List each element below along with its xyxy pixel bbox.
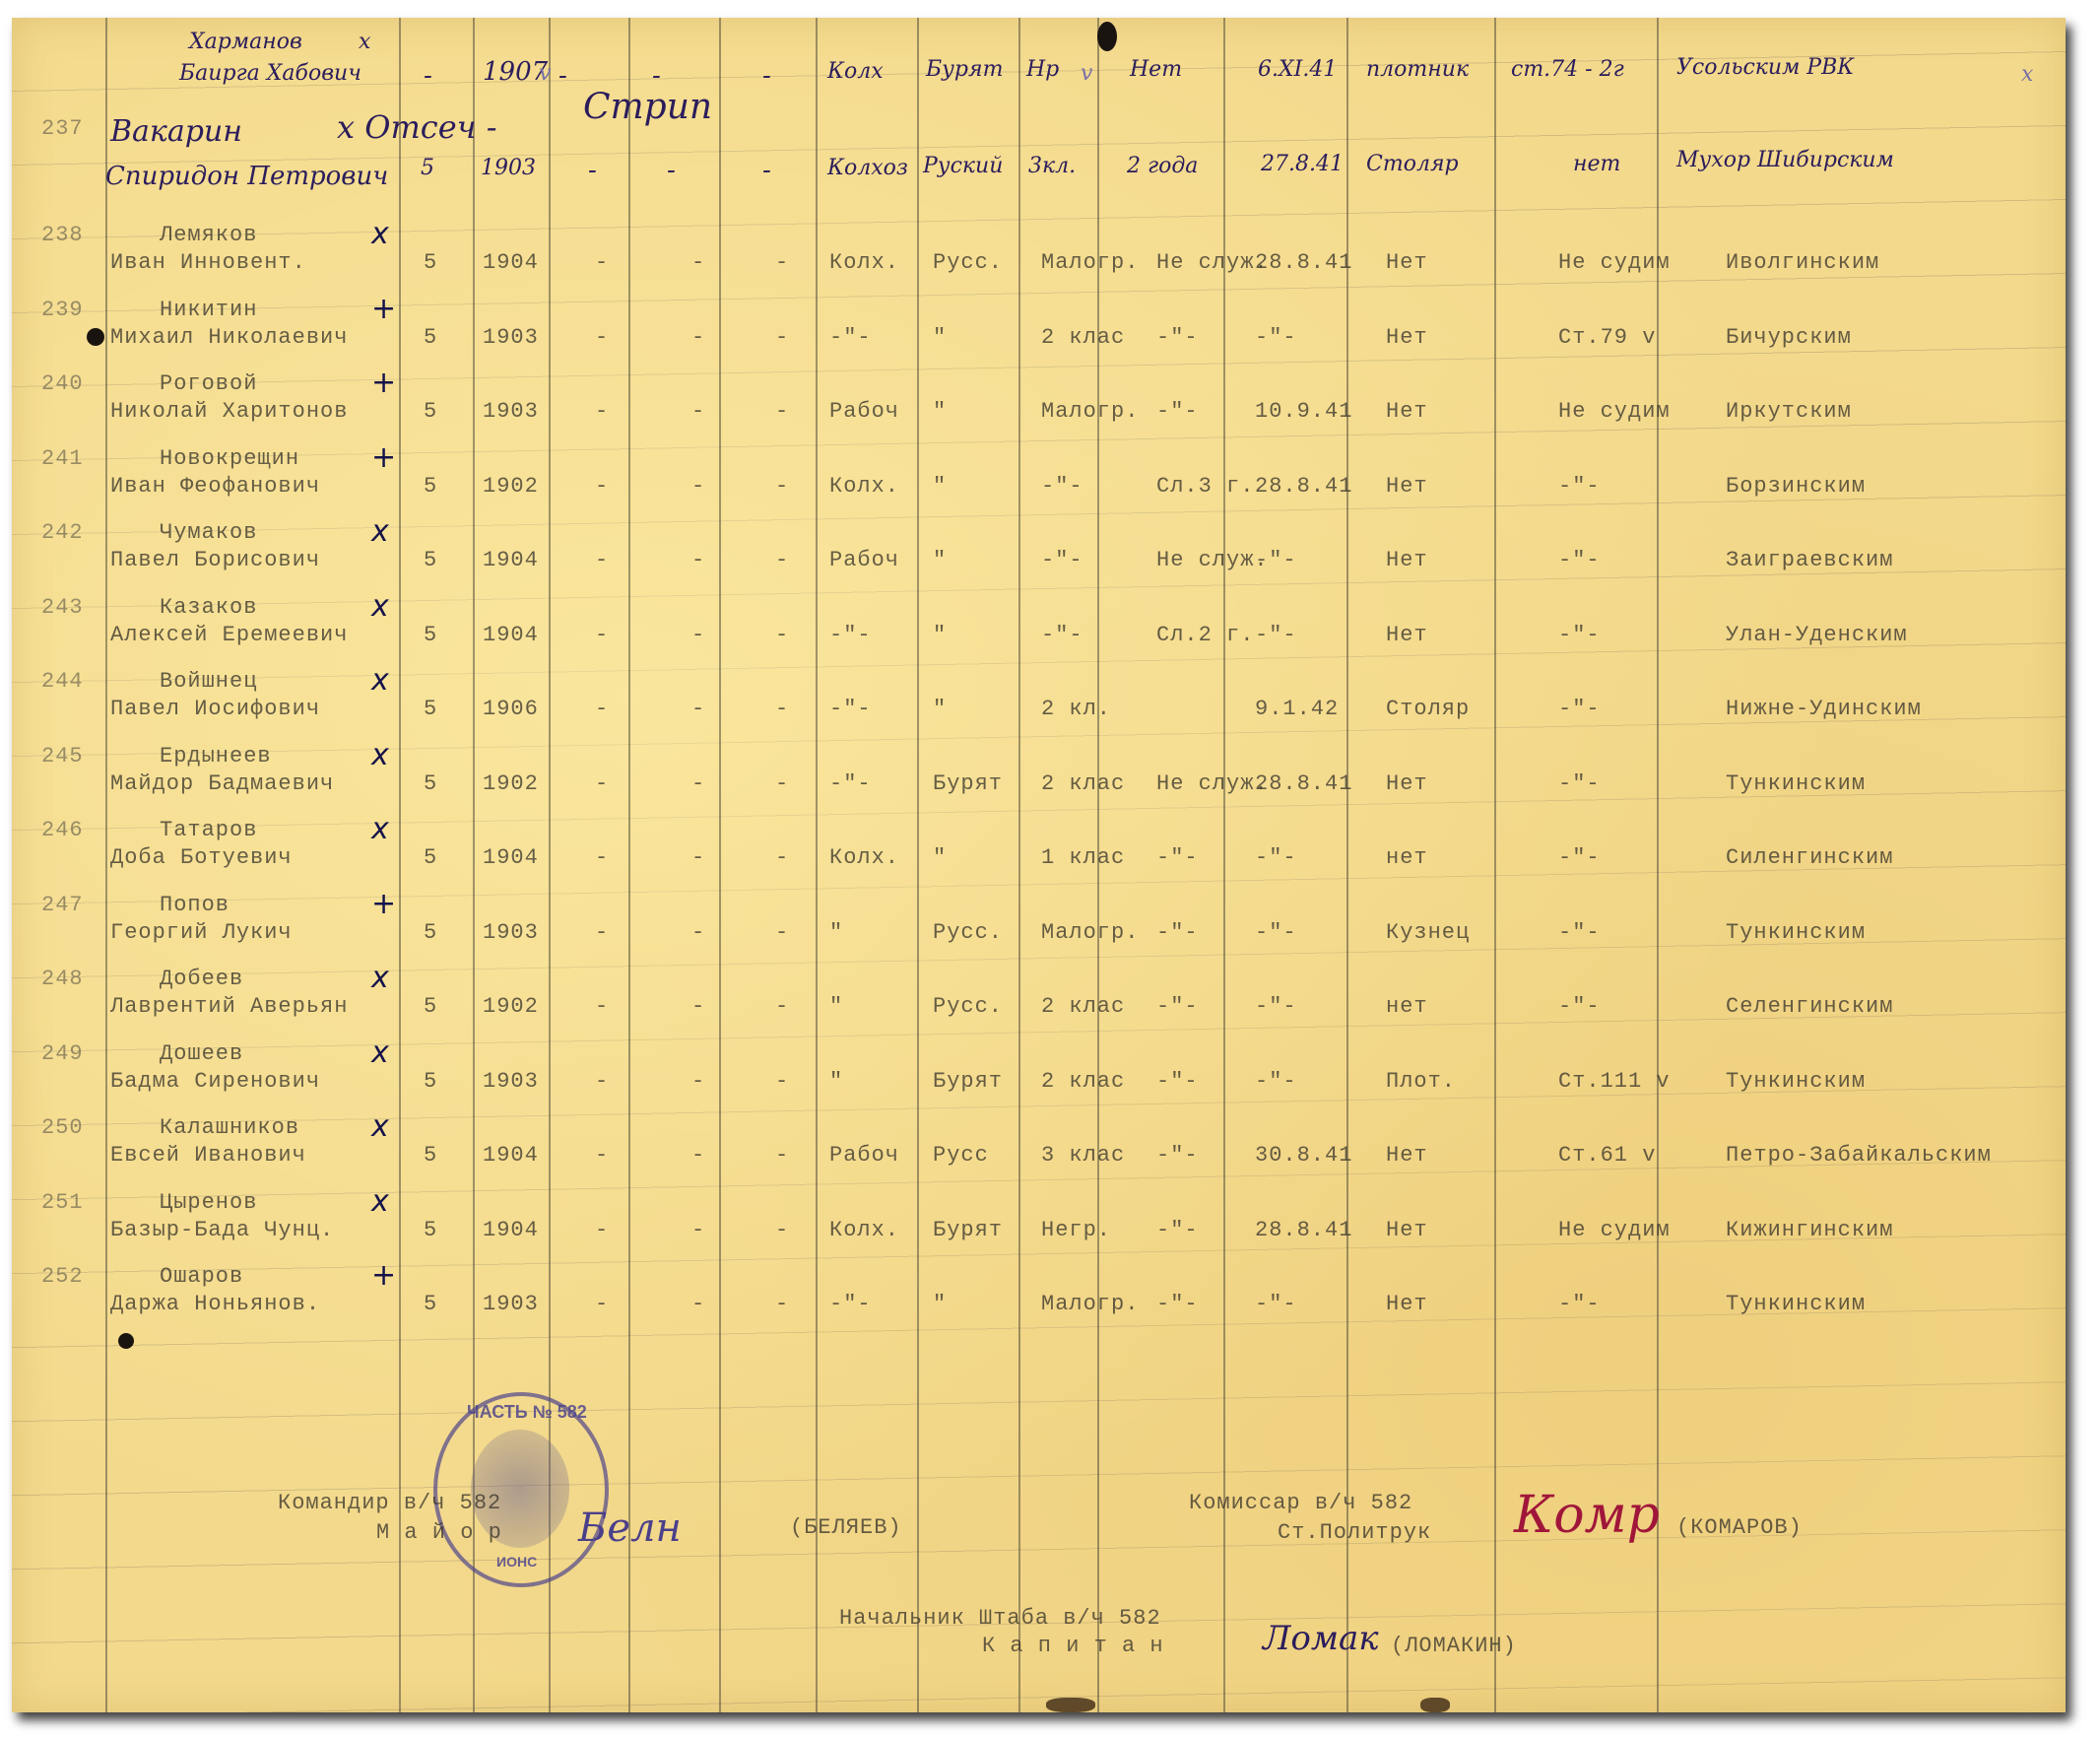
commander-name: (БЕЛЯЕВ): [790, 1515, 902, 1540]
row-d3: -: [775, 623, 789, 647]
row-date: 9.1.42: [1255, 697, 1339, 721]
row-date: -"-: [1255, 548, 1297, 572]
row-nationality: Русс: [933, 1143, 989, 1168]
chief-of-staff-name: (ЛОМАКИН): [1391, 1634, 1517, 1658]
extra-surname: Харманов: [189, 30, 302, 54]
row-education: 2 клас: [1041, 994, 1125, 1019]
row-date: 10.9.41: [1255, 399, 1352, 424]
row-social: Колх.: [829, 845, 899, 870]
row-surname: Лемяков: [160, 223, 257, 247]
row-d1: -: [595, 1069, 609, 1094]
official-stamp: ЧАСТЬ № 582 ИОНС: [433, 1392, 609, 1587]
row-date: -"-: [1255, 1069, 1297, 1094]
row-category: 5: [424, 1218, 437, 1242]
row-date: 28.8.41: [1255, 474, 1352, 499]
row-conviction: -"-: [1558, 771, 1601, 796]
paper-hole: [87, 328, 104, 346]
row-d2: -: [691, 548, 705, 572]
row-nationality: ": [933, 474, 947, 499]
row-number: 243: [41, 595, 84, 620]
row-conviction: -"-: [1558, 474, 1601, 499]
row-year: 1902: [483, 994, 539, 1019]
row-education: Малогр.: [1041, 399, 1139, 424]
row-district: Селенгинским: [1726, 994, 1893, 1019]
row-first-patronymic: Павел Иосифович: [110, 697, 320, 721]
row-education: 2 клас: [1041, 325, 1125, 350]
row-service: -"-: [1156, 1069, 1199, 1094]
row-surname: Добеев: [160, 967, 243, 991]
row-district: Нижне-Удинским: [1726, 697, 1922, 721]
row-education: 3 клас: [1041, 1143, 1125, 1168]
row-checkmark-icon: x: [371, 663, 389, 698]
column-divider: [1018, 18, 1020, 1712]
row-d1: -: [595, 548, 609, 572]
row-nationality: ": [933, 845, 947, 870]
row-nationality: Русс.: [933, 920, 1003, 945]
commissar-rank: Ст.Политрук: [1278, 1520, 1431, 1545]
row-d3: -: [775, 1292, 789, 1316]
row-year: 1903: [481, 156, 536, 180]
row-checkmark-icon: +: [371, 366, 396, 400]
row-surname: Никитин: [160, 298, 257, 322]
row-d1: -: [595, 697, 609, 721]
column-divider: [1494, 18, 1496, 1712]
extra-mark: x: [2021, 62, 2033, 87]
row-year: 1904: [483, 548, 539, 572]
row-first-patronymic: Михаил Николаевич: [110, 325, 348, 350]
row-first-patronymic: Базыр-Бада Чунц.: [110, 1218, 334, 1242]
row-dash: -: [588, 156, 597, 185]
row-surname: Калашников: [160, 1115, 299, 1140]
row-district: Тункинским: [1726, 920, 1866, 945]
row-specialty: Нет: [1386, 1218, 1428, 1242]
row-category: 5: [424, 697, 437, 721]
row-social: -"-: [829, 697, 872, 721]
document-sheet: Харманов x Баирга Хабович - 1907 v - - -…: [12, 18, 2066, 1712]
row-date: 27.8.41: [1261, 152, 1344, 176]
row-specialty: Нет: [1386, 623, 1428, 647]
row-d2: -: [691, 399, 705, 424]
row-service: 2 года: [1127, 154, 1198, 178]
row-service: Сл.2 г.: [1156, 623, 1254, 647]
row-first-patronymic: Иван Инновент.: [110, 250, 306, 275]
row-year: 1903: [483, 920, 539, 945]
row-nationality: Русс.: [933, 994, 1003, 1019]
row-d1: -: [595, 1143, 609, 1168]
row-education: -"-: [1041, 548, 1083, 572]
row-service: -"-: [1156, 399, 1199, 424]
row-d2: -: [691, 771, 705, 796]
row-social: Рабоч: [829, 399, 899, 424]
row-district: Заиграевским: [1726, 548, 1893, 572]
row-number: 252: [41, 1264, 84, 1289]
extra-dash: -: [762, 61, 771, 91]
row-date: -"-: [1255, 994, 1297, 1019]
row-year: 1904: [483, 845, 539, 870]
extra-social: Колх: [827, 59, 884, 84]
row-social: Колхоз: [827, 156, 908, 180]
paper-hole: [118, 1333, 134, 1349]
row-year: 1903: [483, 325, 539, 350]
row-conviction: -"-: [1558, 1292, 1601, 1316]
row-d1: -: [595, 994, 609, 1019]
row-first-patronymic: Евсей Иванович: [110, 1143, 306, 1168]
row-d2: -: [691, 1292, 705, 1316]
chief-of-staff-rank: К а п и т а н: [982, 1634, 1164, 1658]
row-date: 28.8.41: [1255, 771, 1352, 796]
row-social: Колх.: [829, 250, 899, 275]
row-d3: -: [775, 697, 789, 721]
row-conviction: Не судим: [1558, 399, 1671, 424]
row-social: Колх.: [829, 1218, 899, 1242]
row-education: 2 клас: [1041, 1069, 1125, 1094]
row-district: Тункинским: [1726, 1069, 1866, 1094]
row-d3: -: [775, 399, 789, 424]
row-d3: -: [775, 920, 789, 945]
row-date: -"-: [1255, 623, 1297, 647]
row-date: -"-: [1255, 920, 1297, 945]
row-service: -"-: [1156, 994, 1199, 1019]
row-first-patronymic: Георгий Лукич: [110, 920, 293, 945]
row-conviction: Ст.111 v: [1558, 1069, 1671, 1094]
row-surname: Вакарин: [110, 114, 242, 149]
column-divider: [917, 18, 919, 1712]
row-surname: Татаров: [160, 818, 257, 842]
row-category: 5: [424, 399, 437, 424]
row-nationality: ": [933, 1292, 947, 1316]
row-d2: -: [691, 1143, 705, 1168]
extra-date: 6.XI.41: [1258, 57, 1337, 82]
row-number: 239: [41, 298, 84, 322]
row-d3: -: [775, 1143, 789, 1168]
extra-education: Нр: [1026, 57, 1059, 82]
row-district: Иволгинским: [1726, 250, 1879, 275]
row-education: -"-: [1041, 474, 1083, 499]
row-category: 5: [424, 771, 437, 796]
row-education: Малогр.: [1041, 250, 1139, 275]
row-social: ": [829, 920, 843, 945]
row-first-patronymic: Доба Ботуевич: [110, 845, 293, 870]
row-d1: -: [595, 1292, 609, 1316]
row-number: 249: [41, 1041, 84, 1066]
row-number: 242: [41, 520, 84, 545]
row-nationality: ": [933, 399, 947, 424]
row-first-patronymic: Даржа Ноньянов.: [110, 1292, 320, 1316]
commander-signature: Белн: [578, 1505, 682, 1551]
row-nationality: Бурят: [933, 771, 1003, 796]
row-d2: -: [691, 697, 705, 721]
row-specialty: Нет: [1386, 548, 1428, 572]
row-category: 5: [424, 474, 437, 499]
row-social: ": [829, 994, 843, 1019]
row-surname: Роговой: [160, 371, 257, 396]
row-checkmark-icon: +: [371, 887, 396, 921]
row-education: 2 кл.: [1041, 697, 1111, 721]
row-year: 1906: [483, 697, 539, 721]
row-number: 241: [41, 446, 84, 471]
row-d3: -: [775, 845, 789, 870]
row-first-patronymic: Иван Феофанович: [110, 474, 320, 499]
row-d3: -: [775, 548, 789, 572]
row-conviction: -"-: [1558, 994, 1601, 1019]
extra-dash: -: [424, 61, 432, 91]
row-first-patronymic: Алексей Еремеевич: [110, 623, 348, 647]
row-district: Тункинским: [1726, 771, 1866, 796]
commander-title: Командир в/ч 582: [278, 1491, 501, 1515]
row-d1: -: [595, 920, 609, 945]
row-number: 240: [41, 371, 84, 396]
row-checkmark-icon: x: [371, 812, 389, 846]
extra-conviction: ст.74 - 2г: [1511, 57, 1624, 82]
row-d3: -: [775, 771, 789, 796]
row-checkmark-icon: +: [371, 292, 396, 326]
row-year: 1904: [483, 623, 539, 647]
row-service: -"-: [1156, 845, 1199, 870]
row-dash: -: [667, 156, 676, 185]
row-first-patronymic: Павел Борисович: [110, 548, 320, 572]
row-education: -"-: [1041, 623, 1083, 647]
row-checkmark-icon: x: [371, 1036, 389, 1070]
row-nationality: Руский: [923, 154, 1003, 178]
row-year: 1903: [483, 1069, 539, 1094]
row-specialty: Нет: [1386, 250, 1428, 275]
row-surname: Ошаров: [160, 1264, 243, 1289]
row-surname: Цыренов: [160, 1190, 257, 1215]
row-category: 5: [424, 845, 437, 870]
extra-service: Нет: [1130, 57, 1182, 82]
row-conviction: -"-: [1558, 845, 1601, 870]
commissar-signature: Комр: [1514, 1486, 1660, 1545]
row-category: 5: [424, 1143, 437, 1168]
row-checkmark-icon: x: [371, 1109, 389, 1144]
row-specialty: Плот.: [1386, 1069, 1456, 1094]
row-date: 28.8.41: [1255, 1218, 1352, 1242]
commissar-name: (КОМАРОВ): [1676, 1515, 1803, 1540]
row-social: ": [829, 1069, 843, 1094]
row-surname: Ердынеев: [160, 744, 272, 769]
row-education: 3кл.: [1028, 154, 1076, 178]
row-first-patronymic: Николай Харитонов: [110, 399, 348, 424]
row-year: 1902: [483, 771, 539, 796]
row-service: -"-: [1156, 920, 1199, 945]
row-district: Кижингинским: [1726, 1218, 1893, 1242]
row-education: Негр.: [1041, 1218, 1111, 1242]
row-d2: -: [691, 920, 705, 945]
row-year: 1904: [483, 1143, 539, 1168]
row-district: Улан-Уденским: [1726, 623, 1908, 647]
row-service: -"-: [1156, 1292, 1199, 1316]
commissar-title: Комиссар в/ч 582: [1189, 1491, 1412, 1515]
row-checkmark-icon: x: [371, 514, 389, 549]
row-conviction: -"-: [1558, 697, 1601, 721]
extra-district: Усольским РВК: [1676, 55, 1854, 80]
row-number: 237: [41, 116, 84, 141]
row-specialty: Кузнец: [1386, 920, 1470, 945]
row-dash: -: [762, 156, 771, 185]
row-year: 1903: [483, 1292, 539, 1316]
row-annotation: x Отсеч -: [337, 108, 497, 146]
row-d1: -: [595, 474, 609, 499]
row-number: 246: [41, 818, 84, 842]
row-checkmark-icon: +: [371, 1258, 396, 1293]
row-number: 238: [41, 223, 84, 247]
row-district: Тункинским: [1726, 1292, 1866, 1316]
row-d2: -: [691, 994, 705, 1019]
column-divider: [399, 18, 401, 1712]
row-conviction: -"-: [1558, 920, 1601, 945]
row-social: -"-: [829, 623, 872, 647]
row-service: Не служ.: [1156, 548, 1269, 572]
row-service: Не служ.: [1156, 250, 1269, 275]
row-d2: -: [691, 250, 705, 275]
row-category: 5: [424, 548, 437, 572]
paper-damage: [1046, 1698, 1095, 1712]
row-specialty: Нет: [1386, 399, 1428, 424]
row-date: -"-: [1255, 845, 1297, 870]
row-d1: -: [595, 845, 609, 870]
ink-blot: [1097, 22, 1117, 51]
row-category: 5: [424, 920, 437, 945]
row-d2: -: [691, 1218, 705, 1242]
row-social: Рабоч: [829, 548, 899, 572]
row-number: 245: [41, 744, 84, 769]
extra-nationality: Бурят: [926, 57, 1003, 82]
row-category: 5: [424, 325, 437, 350]
row-district: Борзинским: [1726, 474, 1866, 499]
row-checkmark-icon: x: [371, 217, 389, 251]
stamp-text-bottom: ИОНС: [496, 1554, 537, 1570]
row-education: Малогр.: [1041, 1292, 1139, 1316]
paper-damage: [1420, 1698, 1450, 1712]
row-category: 5: [424, 1292, 437, 1316]
row-checkmark-icon: x: [371, 738, 389, 772]
extra-check: v: [539, 61, 551, 86]
row-d3: -: [775, 1218, 789, 1242]
commander-rank: М а й о р: [376, 1520, 502, 1545]
row-nationality: ": [933, 548, 947, 572]
row-date: 30.8.41: [1255, 1143, 1352, 1168]
row-d3: -: [775, 325, 789, 350]
row-social: Рабоч: [829, 1143, 899, 1168]
chief-of-staff-signature: Ломак: [1263, 1619, 1379, 1658]
row-social: -"-: [829, 1292, 872, 1316]
row-year: 1904: [483, 1218, 539, 1242]
row-date: -"-: [1255, 325, 1297, 350]
row-number: 250: [41, 1115, 84, 1140]
row-signature-scrawl: Стрип: [583, 87, 712, 127]
column-divider: [628, 18, 630, 1712]
row-social: -"-: [829, 771, 872, 796]
row-specialty: Нет: [1386, 771, 1428, 796]
row-surname: Казаков: [160, 595, 257, 620]
row-surname: Войшнец: [160, 669, 257, 694]
row-education: 1 клас: [1041, 845, 1125, 870]
row-year: 1904: [483, 250, 539, 275]
row-checkmark-icon: +: [371, 440, 396, 475]
row-surname: Новокрещин: [160, 446, 299, 471]
row-first-patronymic: Лаврентий Аверьян: [110, 994, 348, 1019]
row-district: Мухор Шибирским: [1676, 148, 1894, 172]
row-conviction: Не судим: [1558, 250, 1671, 275]
row-conviction: Не судим: [1558, 1218, 1671, 1242]
row-district: Петро-Забайкальским: [1726, 1143, 1992, 1168]
row-specialty: Нет: [1386, 1292, 1428, 1316]
extra-dash: -: [558, 61, 567, 91]
chief-of-staff-title: Начальник Штаба в/ч 582: [839, 1606, 1161, 1631]
row-number: 248: [41, 967, 84, 991]
row-district: Иркутским: [1726, 399, 1852, 424]
row-number: 244: [41, 669, 84, 694]
row-date: 28.8.41: [1255, 250, 1352, 275]
row-service: -"-: [1156, 325, 1199, 350]
row-specialty: Нет: [1386, 325, 1428, 350]
row-date: -"-: [1255, 1292, 1297, 1316]
row-surname: Дошеев: [160, 1041, 243, 1066]
row-d2: -: [691, 1069, 705, 1094]
row-first-patronymic: Бадма Сиренович: [110, 1069, 320, 1094]
row-surname: Попов: [160, 893, 230, 917]
row-nationality: Бурят: [933, 1218, 1003, 1242]
extra-first-patronymic: Баирга Хабович: [179, 61, 361, 86]
row-nationality: Бурят: [933, 1069, 1003, 1094]
row-d3: -: [775, 1069, 789, 1094]
column-divider: [719, 18, 721, 1712]
row-d3: -: [775, 250, 789, 275]
row-specialty: Столяр: [1386, 697, 1470, 721]
row-specialty: нет: [1386, 994, 1428, 1019]
row-category: 5: [421, 156, 434, 180]
row-category: 5: [424, 1069, 437, 1094]
row-conviction: Ст.61 v: [1558, 1143, 1656, 1168]
column-divider: [816, 18, 818, 1712]
row-d2: -: [691, 845, 705, 870]
row-conviction: -"-: [1558, 623, 1601, 647]
row-d3: -: [775, 474, 789, 499]
row-d2: -: [691, 623, 705, 647]
row-number: 247: [41, 893, 84, 917]
row-year: 1903: [483, 399, 539, 424]
stamp-text-top: ЧАСТЬ № 582: [467, 1402, 587, 1423]
row-d1: -: [595, 250, 609, 275]
row-nationality: ": [933, 325, 947, 350]
row-nationality: ": [933, 623, 947, 647]
row-surname: Чумаков: [160, 520, 257, 545]
row-conviction: -"-: [1558, 548, 1601, 572]
row-d1: -: [595, 325, 609, 350]
row-checkmark-icon: x: [371, 1184, 389, 1219]
row-d1: -: [595, 1218, 609, 1242]
row-conviction: Ст.79 v: [1558, 325, 1656, 350]
row-first-patronymic: Майдор Бадмаевич: [110, 771, 334, 796]
row-conviction: нет: [1573, 152, 1620, 176]
row-d2: -: [691, 474, 705, 499]
row-nationality: ": [933, 697, 947, 721]
row-category: 5: [424, 994, 437, 1019]
row-category: 5: [424, 623, 437, 647]
row-first-patronymic: Спиридон Петрович: [105, 162, 388, 191]
extra-mark: x: [359, 30, 370, 54]
row-number: 251: [41, 1190, 84, 1215]
row-specialty: Нет: [1386, 1143, 1428, 1168]
row-education: 2 клас: [1041, 771, 1125, 796]
row-d2: -: [691, 325, 705, 350]
row-service: -"-: [1156, 1218, 1199, 1242]
row-service: -"-: [1156, 1143, 1199, 1168]
row-social: -"-: [829, 325, 872, 350]
row-specialty: Нет: [1386, 474, 1428, 499]
row-education: Малогр.: [1041, 920, 1139, 945]
row-service: Сл.3 г.: [1156, 474, 1254, 499]
